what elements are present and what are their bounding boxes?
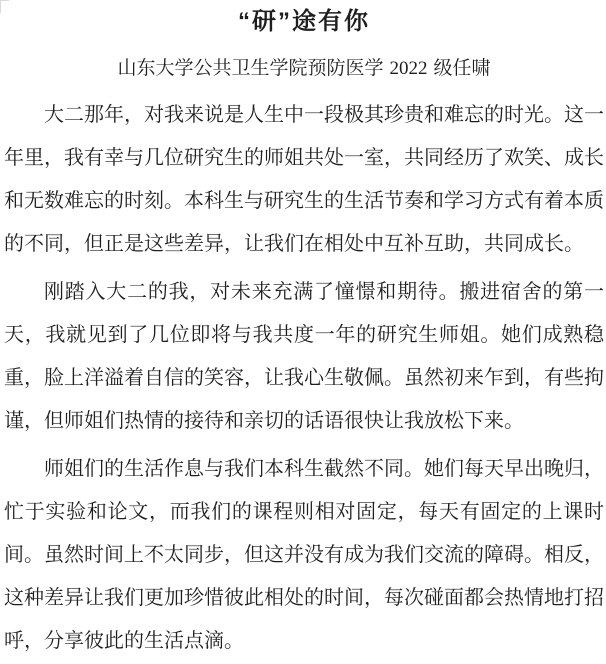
essay-body: 大二那年，对我来说是人生中一段极其珍贵和难忘的时光。这一年里，我有幸与几位研究生… — [4, 94, 604, 663]
paragraph-2: 刚踏入大二的我，对未来充满了憧憬和期待。搬进宿舍的第一天，我就见到了几位即将与我… — [4, 271, 604, 443]
document-title: “研”途有你 — [4, 7, 604, 37]
byline: 山东大学公共卫生学院预防医学2022级任啸 — [4, 55, 604, 82]
paragraph-3: 师姐们的生活作息与我们本科生截然不同。她们每天早出晚归，忙于实验和论文，而我们的… — [4, 448, 604, 663]
byline-author: 级任啸 — [434, 58, 491, 79]
byline-affiliation: 山东大学公共卫生学院预防医学 — [117, 58, 383, 79]
document-page: “研”途有你 山东大学公共卫生学院预防医学2022级任啸 大二那年，对我来说是人… — [0, 0, 606, 664]
paragraph-1: 大二那年，对我来说是人生中一段极其珍贵和难忘的时光。这一年里，我有幸与几位研究生… — [4, 94, 604, 266]
byline-year: 2022 — [390, 58, 428, 79]
